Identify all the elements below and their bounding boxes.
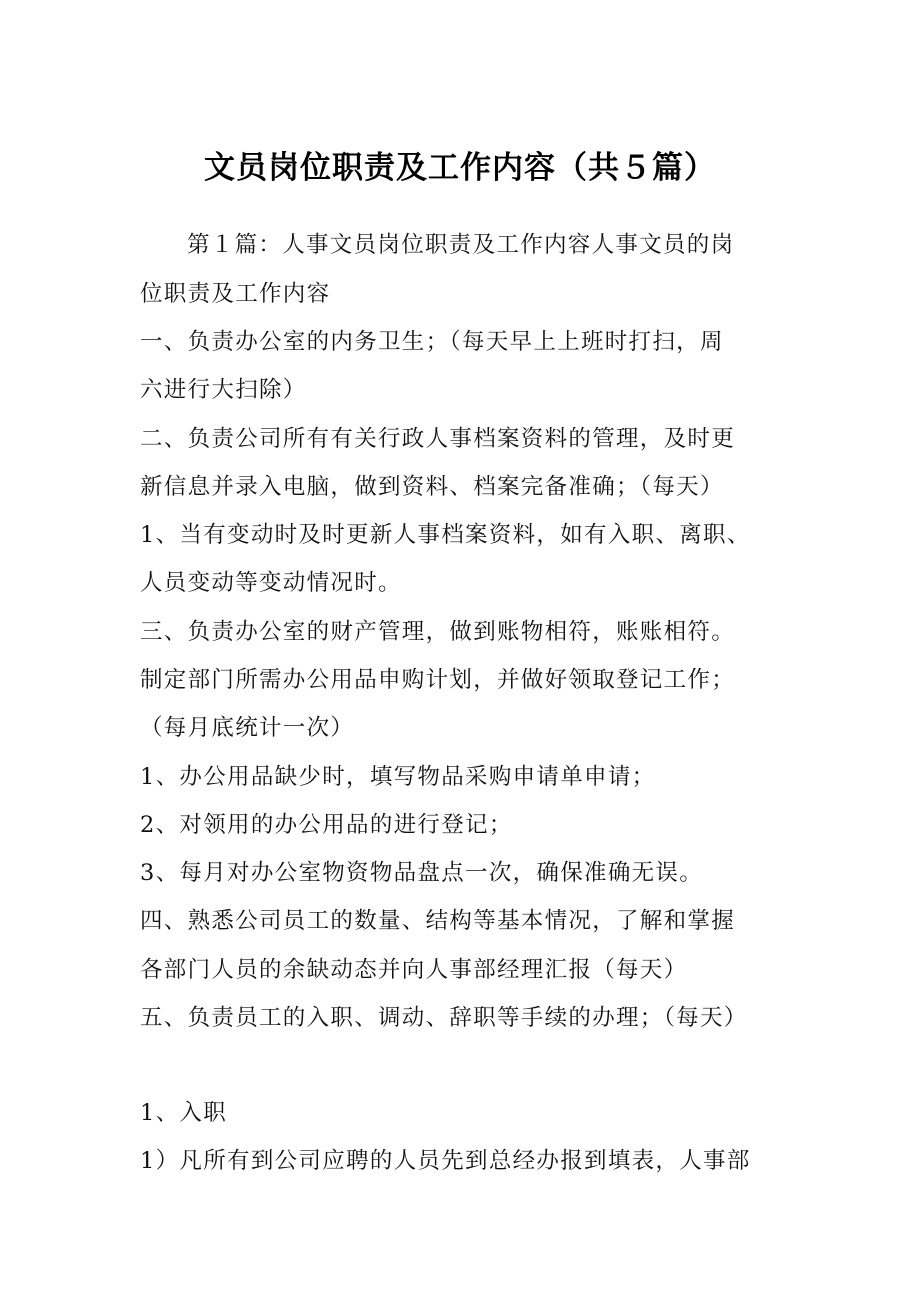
paragraph-line: 1、办公用品缺少时，填写物品采购申请单申请； <box>140 762 780 792</box>
paragraph-line: 第１篇：人事文员岗位职责及工作内容人事文员的岗 <box>187 230 827 260</box>
paragraph-line: 四、熟悉公司员工的数量、结构等基本情况，了解和掌握 <box>140 906 780 936</box>
paragraph-line: 五、负责员工的入职、调动、辞职等手续的办理；（每天） <box>140 1003 780 1033</box>
paragraph-line: 各部门人员的余缺动态并向人事部经理汇报（每天） <box>140 955 780 985</box>
paragraph-line: （每月底统计一次） <box>140 713 780 743</box>
paragraph-line: 1）凡所有到公司应聘的人员先到总经办报到填表，人事部 <box>140 1146 780 1176</box>
paragraph-line: 制定部门所需办公用品申购计划，并做好领取登记工作； <box>140 665 780 695</box>
paragraph-line: 二、负责公司所有有关行政人事档案资料的管理，及时更 <box>140 424 780 454</box>
document-page: 文员岗位职责及工作内容（共５篇） 第１篇：人事文员岗位职责及工作内容人事文员的岗… <box>0 0 920 1302</box>
paragraph-line: 位职责及工作内容 <box>140 279 780 309</box>
paragraph-line: 3、每月对办公室物资物品盘点一次，确保准确无误。 <box>140 858 780 888</box>
paragraph-line: 人员变动等变动情况时。 <box>140 568 780 598</box>
document-title: 文员岗位职责及工作内容（共５篇） <box>0 146 920 190</box>
paragraph-line: 2、对领用的办公用品的进行登记； <box>140 810 780 840</box>
paragraph-line: 六进行大扫除） <box>140 375 780 405</box>
paragraph-line: 1、入职 <box>140 1098 780 1128</box>
paragraph-line: 新信息并录入电脑，做到资料、档案完备准确；（每天） <box>140 472 780 502</box>
paragraph-line: 1、当有变动时及时更新人事档案资料，如有入职、离职、 <box>140 520 780 550</box>
paragraph-line: 三、负责办公室的财产管理，做到账物相符，账账相符。 <box>140 617 780 647</box>
paragraph-line: 一、负责办公室的内务卫生；（每天早上上班时打扫，周 <box>140 327 780 357</box>
